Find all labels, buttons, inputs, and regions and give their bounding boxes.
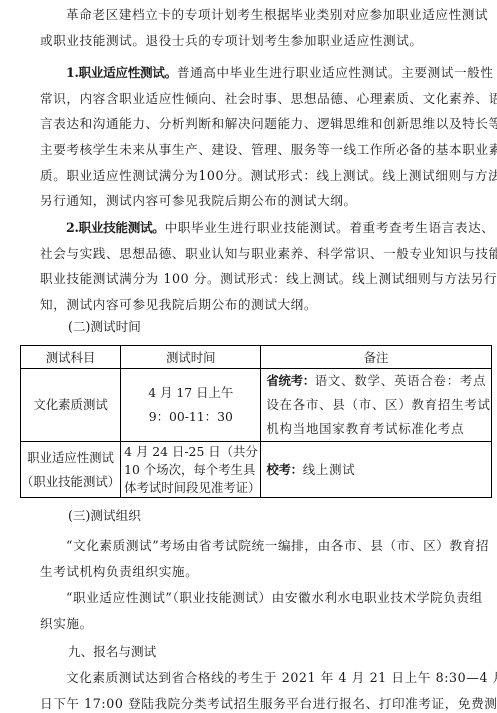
cell-time: 4 月 24 日-25 日（共分 10 个场次，每个考生具 体考试时间段见准考证… (121, 442, 261, 498)
header-time: 测试时间 (121, 346, 261, 369)
item1-line-6: 另行通知，测试内容可参见我院后期公布的测试大纲。 (40, 193, 468, 209)
item2-line-1: 2.职业技能测试。中职毕业生进行职业技能测试。着重考查考生语言表达、 (66, 220, 468, 236)
test-schedule-table: 测试科目 测试时间 备注 文化素质测试 4 月 17 日上午 9：00-11：3… (20, 345, 492, 498)
header-note: 备注 (261, 346, 491, 369)
item1-line-1: 1.职业适应性测试。普通高中毕业生进行职业适应性测试。主要测试一般性 (66, 65, 468, 81)
item1-line-4: 主要考核学生未来从事生产、建设、管理、服务等一线工作所必备的基本职业素 (40, 142, 468, 158)
item1-line-5: 质。职业适应性测试满分为100分。测试形式：线上测试。线上测试细则与方法 (40, 168, 468, 184)
section-heading-test-org: (三)测试组织 (68, 508, 141, 524)
item1-line-3: 言表达和沟通能力、分析判断和解决问题能力、逻辑思维和创新思维以及特长等。 (40, 116, 468, 132)
table-header-row: 测试科目 测试时间 备注 (21, 346, 492, 369)
table-row: 职业适应性测试 （职业技能测试） 4 月 24 日-25 日（共分 10 个场次… (21, 442, 492, 498)
item2-title: 2.职业技能测试。 (66, 220, 165, 235)
item2-line-2: 社会与实践、思想品德、职业认知与职业素养、科学常识、一般专业知识与技能。 (40, 246, 468, 262)
cell-note: 校考：线上测试 (261, 442, 491, 498)
section-heading-registration: 九、报名与测试 (68, 644, 156, 660)
note-label: 校考： (266, 462, 302, 477)
intro-line-1: 革命老区建档立卡的专项计划考生根据毕业类别对应参加职业适应性测试 (66, 7, 468, 23)
cell-time: 4 月 17 日上午 9：00-11：30 (121, 369, 261, 442)
registration-line-1: 文化素质测试达到省合格线的考生于 2021 年 4 月 21 日上午 8:30—… (66, 670, 468, 686)
item2-line-3: 职业技能测试满分为 100 分。测试形式：线上测试。线上测试细则与方法另行通 (40, 271, 468, 287)
intro-line-2: 或职业技能测试。退役士兵的专项计划考生参加职业适应性测试。 (40, 33, 468, 49)
item2-line-4: 知，测试内容可参见我院后期公布的测试大纲。 (40, 297, 468, 313)
header-subject: 测试科目 (21, 346, 121, 369)
cell-note: 省统考：语文、数学、英语合卷：考点 设在各市、县（市、区）教育招生考试 机构当地… (261, 369, 491, 442)
registration-line-2: 日下午 17:00 登陆我院分类考试招生服务平台进行报名、打印准考证，免费测试， (40, 696, 468, 712)
cell-subject: 文化素质测试 (21, 369, 121, 442)
org-para1-line-1: “文化素质测试”考场由省考试院统一编排，由各市、县（市、区）教育招 (66, 538, 468, 554)
item1-line-2: 常识，内容含职业适应性倾向、社会时事、思想品德、心理素质、文化素养、语 (40, 91, 468, 107)
org-para2-line-2: 织实施。 (40, 616, 468, 632)
table-row: 文化素质测试 4 月 17 日上午 9：00-11：30 省统考：语文、数学、英… (21, 369, 492, 442)
section-heading-test-time: (二)测试时间 (68, 319, 141, 335)
note-label: 省统考： (266, 373, 314, 388)
org-para2-line-1: “职业适应性测试”（职业技能测试）由安徽水利水电职业技术学院负责组 (66, 590, 468, 606)
cell-subject: 职业适应性测试 （职业技能测试） (21, 442, 121, 498)
item1-title: 1.职业适应性测试。 (66, 65, 177, 80)
org-para1-line-2: 生考试机构负责组织实施。 (40, 564, 468, 580)
